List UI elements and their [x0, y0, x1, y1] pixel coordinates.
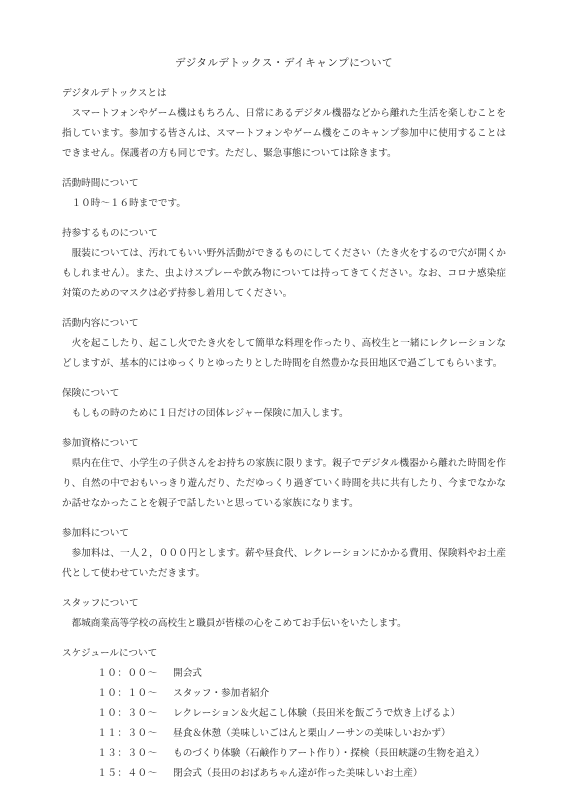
section-heading: 参加料について [62, 524, 506, 544]
schedule-row: １０：００～ 開会式 [97, 664, 506, 684]
section-schedule: スケジュールについて １０：００～ 開会式 １０：１０～ スタッフ・参加者紹介 … [62, 644, 506, 784]
document-page: デジタルデトックス・デイキャンプについて デジタルデトックスとは スマートフォン… [0, 0, 566, 800]
schedule-list: １０：００～ 開会式 １０：１０～ スタッフ・参加者紹介 １０：３０～ レクレー… [62, 664, 506, 784]
section-body: 服装については、汚れてもいい野外活動ができるものにしてください（たき火をするので… [62, 244, 506, 304]
schedule-row: １５：４０～ 閉会式（長田のおばあちゃん達が作った美味しいお土産） [97, 764, 506, 784]
schedule-row: １３：３０～ ものづくり体験（石鹸作りアート作り）・探検（長田峡謎の生物を追え） [97, 744, 506, 764]
section-heading: スタッフについて [62, 594, 506, 614]
section-heading: スケジュールについて [62, 644, 506, 664]
schedule-label: 開会式 [173, 664, 202, 684]
schedule-row: １０：３０～ レクレーション＆火起こし体験（長田米を飯ごうで炊き上げるよ） [97, 704, 506, 724]
schedule-label: スタッフ・参加者紹介 [173, 684, 269, 704]
section-body: 県内在住で、小学生の子供さんをお持ちの家族に限ります。親子でデジタル機器から離れ… [62, 454, 506, 514]
section-body: 参加料は、一人２，０００円とします。薪や昼食代、レクレーションにかかる費用、保険… [62, 544, 506, 584]
schedule-row: １０：１０～ スタッフ・参加者紹介 [97, 684, 506, 704]
schedule-row: １１：３０～ 昼食＆休憩（美味しいごはんと栗山ノーサンの美味しいおかず） [97, 724, 506, 744]
section-body: スマートフォンやゲーム機はもちろん、日常にあるデジタル機器などから離れた生活を楽… [62, 104, 506, 164]
section-heading: 活動時間について [62, 174, 506, 194]
schedule-time: １０：００～ [97, 664, 158, 684]
section-things-to-bring: 持参するものについて 服装については、汚れてもいい野外活動ができるものにしてくだ… [62, 224, 506, 304]
page-title: デジタルデトックス・デイキャンプについて [62, 54, 506, 74]
schedule-time: １１：３０～ [97, 724, 158, 744]
section-digital-detox: デジタルデトックスとは スマートフォンやゲーム機はもちろん、日常にあるデジタル機… [62, 84, 506, 164]
section-body: もしもの時のために１日だけの団体レジャー保険に加入します。 [62, 404, 506, 424]
schedule-label: ものづくり体験（石鹸作りアート作り）・探検（長田峡謎の生物を追え） [173, 744, 485, 764]
section-activity-content: 活動内容について 火を起こしたり、起こし火でたき火をして簡単な料理を作ったり、高… [62, 314, 506, 374]
section-heading: 参加資格について [62, 434, 506, 454]
schedule-label: 昼食＆休憩（美味しいごはんと栗山ノーサンの美味しいおかず） [173, 724, 450, 744]
section-fee: 参加料について 参加料は、一人２，０００円とします。薪や昼食代、レクレーションに… [62, 524, 506, 584]
schedule-label: 閉会式（長田のおばあちゃん達が作った美味しいお土産） [173, 764, 422, 784]
schedule-time: １３：３０～ [97, 744, 158, 764]
section-heading: 持参するものについて [62, 224, 506, 244]
schedule-time: １５：４０～ [97, 764, 158, 784]
section-insurance: 保険について もしもの時のために１日だけの団体レジャー保険に加入します。 [62, 384, 506, 424]
schedule-time: １０：１０～ [97, 684, 158, 704]
schedule-label: レクレーション＆火起こし体験（長田米を飯ごうで炊き上げるよ） [173, 704, 460, 724]
section-body: 火を起こしたり、起こし火でたき火をして簡単な料理を作ったり、高校生と一緒にレクレ… [62, 334, 506, 374]
schedule-time: １０：３０～ [97, 704, 158, 724]
section-body: 都城商業高等学校の高校生と職員が皆様の心をこめてお手伝いをいたします。 [62, 614, 506, 634]
section-body: １０時～１６時までです。 [62, 194, 506, 214]
section-eligibility: 参加資格について 県内在住で、小学生の子供さんをお持ちの家族に限ります。親子でデ… [62, 434, 506, 514]
section-heading: 保険について [62, 384, 506, 404]
section-heading: 活動内容について [62, 314, 506, 334]
section-staff: スタッフについて 都城商業高等学校の高校生と職員が皆様の心をこめてお手伝いをいた… [62, 594, 506, 634]
section-activity-hours: 活動時間について １０時～１６時までです。 [62, 174, 506, 214]
section-heading: デジタルデトックスとは [62, 84, 506, 104]
